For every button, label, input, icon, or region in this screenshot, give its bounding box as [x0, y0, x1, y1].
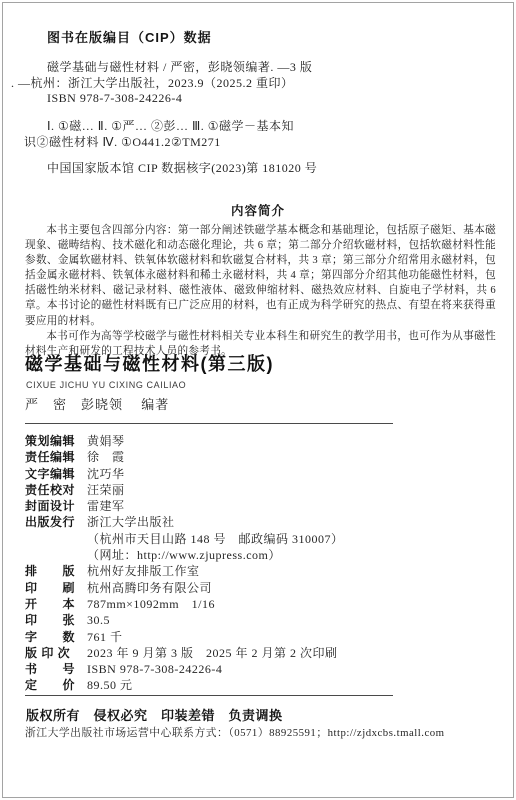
imprint-label: 责任校对	[25, 482, 75, 498]
imprint-row: 印 刷杭州高腾印务有限公司	[25, 580, 495, 596]
abstract-header: 内容简介	[3, 201, 513, 219]
imprint-row: 责任编辑徐 霞	[25, 449, 495, 465]
book-title: 磁学基础与磁性材料(第三版)	[25, 350, 274, 376]
imprint-row: 定 价89.50 元	[25, 677, 495, 693]
imprint-row: 排 版杭州好友排版工作室	[25, 563, 495, 579]
contact-line: 浙江大学出版社市场运营中心联系方式：（0571）88925591；http://…	[25, 725, 445, 740]
imprint-value: ISBN 978-7-308-24226-4	[87, 662, 222, 676]
publisher-website: （网址：http://www.zjupress.com）	[87, 548, 281, 562]
imprint-label: 出版发行	[25, 514, 75, 530]
colophon-page: 图书在版编目（CIP）数据 磁学基础与磁性材料 / 严密，彭晓领编著. —3 版…	[0, 0, 516, 800]
imprint-row: 版 印 次2023 年 9 月第 3 版 2025 年 2 月第 2 次印刷	[25, 645, 495, 661]
imprint-label: 排 版	[25, 563, 75, 579]
imprint-value: 杭州高腾印务有限公司	[87, 581, 212, 595]
imprint-value: 89.50 元	[87, 678, 133, 692]
imprint-row-address: （杭州市天目山路 148 号 邮政编码 310007）	[25, 531, 495, 547]
cip-classification-line: Ⅰ. ①磁… Ⅱ. ①严… ②彭… Ⅲ. ①磁学－基本知	[47, 117, 294, 134]
imprint-value: 沈巧华	[87, 467, 125, 481]
imprint-label: 开 本	[25, 596, 75, 612]
imprint-value: 汪荣丽	[87, 483, 125, 497]
divider-line	[25, 423, 393, 424]
imprint-row: 策划编辑黄娟琴	[25, 433, 495, 449]
imprint-label: 版 印 次	[25, 645, 75, 661]
imprint-label: 策划编辑	[25, 433, 75, 449]
imprint-label: 责任编辑	[25, 449, 75, 465]
imprint-value: 徐 霞	[87, 450, 125, 464]
authors-line: 严 密 彭晓领 编著	[25, 394, 169, 413]
imprint-value: 浙江大学出版社	[87, 515, 175, 529]
imprint-label: 封面设计	[25, 498, 75, 514]
imprint-row: 印 张30.5	[25, 612, 495, 628]
imprint-label: 印 刷	[25, 580, 75, 596]
imprint-row: 出版发行浙江大学出版社	[25, 514, 495, 530]
cip-title-line: 磁学基础与磁性材料 / 严密，彭晓领编著. —3 版	[47, 58, 312, 75]
abstract-paragraph: 本书主要包含四部分内容：第一部分阐述铁磁学基本概念和基础理论，包括原子磁矩、基本…	[25, 223, 496, 329]
page-border: 图书在版编目（CIP）数据 磁学基础与磁性材料 / 严密，彭晓领编著. —3 版…	[2, 2, 514, 798]
imprint-value: 黄娟琴	[87, 434, 125, 448]
abstract-body: 本书主要包含四部分内容：第一部分阐述铁磁学基本概念和基础理论，包括原子磁矩、基本…	[25, 223, 496, 359]
divider-line	[25, 695, 393, 696]
imprint-value: 杭州好友排版工作室	[87, 564, 200, 578]
imprint-row-website: （网址：http://www.zjupress.com）	[25, 547, 495, 563]
imprint-value: 30.5	[87, 613, 110, 627]
imprint-value: 787mm×1092mm 1/16	[87, 597, 215, 611]
imprint-row: 责任校对汪荣丽	[25, 482, 495, 498]
copyright-notice: 版权所有 侵权必究 印装差错 负责调换	[26, 705, 283, 724]
imprint-label: 印 张	[25, 612, 75, 628]
imprint-label: 书 号	[25, 661, 75, 677]
imprint-list: 策划编辑黄娟琴 责任编辑徐 霞 文字编辑沈巧华 责任校对汪荣丽 封面设计雷建军 …	[25, 433, 495, 694]
imprint-row: 开 本787mm×1092mm 1/16	[25, 596, 495, 612]
publisher-address: （杭州市天目山路 148 号 邮政编码 310007）	[87, 532, 344, 546]
imprint-label: 字 数	[25, 629, 75, 645]
imprint-row: 文字编辑沈巧华	[25, 466, 495, 482]
imprint-label: 文字编辑	[25, 466, 75, 482]
cip-record-number: 中国国家版本馆 CIP 数据核字(2023)第 181020 号	[47, 159, 317, 176]
cip-header: 图书在版编目（CIP）数据	[47, 27, 212, 46]
cip-classification-line: 识②磁性材料 Ⅳ. ①O441.2②TM271	[24, 133, 221, 150]
imprint-row: 字 数761 千	[25, 629, 495, 645]
book-title-pinyin: CIXUE JICHU YU CIXING CAILIAO	[26, 380, 186, 390]
imprint-row: 书 号ISBN 978-7-308-24226-4	[25, 661, 495, 677]
cip-isbn-line: ISBN 978-7-308-24226-4	[47, 91, 182, 106]
imprint-value: 雷建军	[87, 499, 125, 513]
imprint-value: 761 千	[87, 630, 123, 644]
imprint-value: 2023 年 9 月第 3 版 2025 年 2 月第 2 次印刷	[87, 646, 338, 660]
imprint-label: 定 价	[25, 677, 75, 693]
imprint-row: 封面设计雷建军	[25, 498, 495, 514]
cip-publisher-line: . —杭州：浙江大学出版社，2023.9（2025.2 重印）	[11, 74, 294, 91]
